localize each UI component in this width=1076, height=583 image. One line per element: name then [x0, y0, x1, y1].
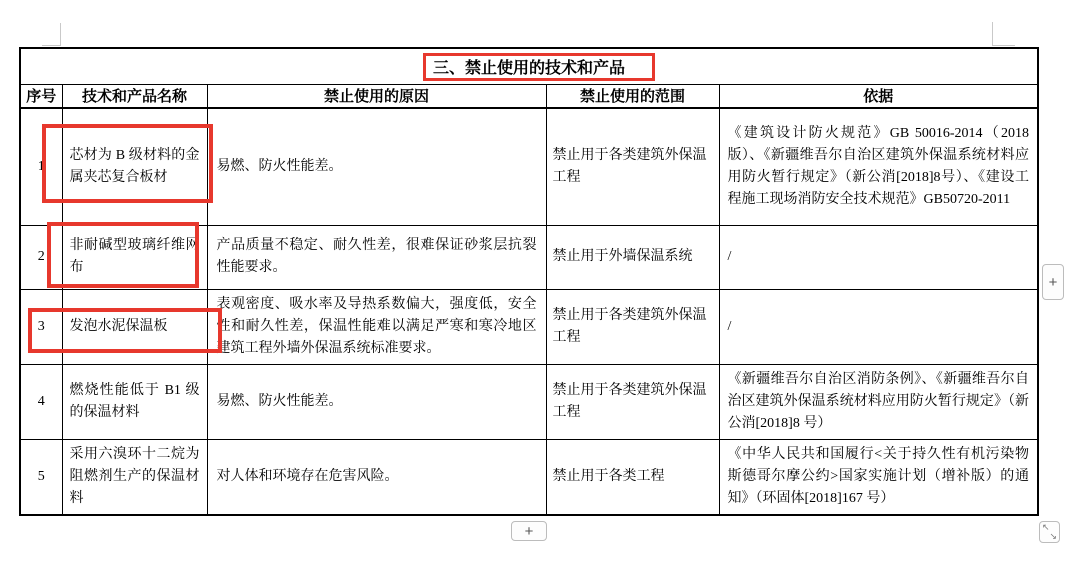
header-name: 技术和产品名称 — [62, 84, 207, 108]
cell-reason: 易燃、防火性能差。 — [207, 108, 546, 225]
add-row-button[interactable]: + — [511, 521, 547, 541]
header-no: 序号 — [20, 84, 62, 108]
cell-scope: 禁止用于各类建筑外保温工程 — [546, 289, 719, 364]
arrow-down-right-icon: ↘ — [1049, 532, 1057, 541]
arrow-up-left-icon: ↖ — [1042, 523, 1050, 532]
cell-basis: / — [719, 289, 1038, 364]
cell-basis: 《建筑设计防火规范》GB 50016-2014（2018版）、《新疆维吾尔自治区… — [719, 108, 1038, 225]
table-row: 4 燃烧性能低于 B1 级的保温材料 易燃、防火性能差。 禁止用于各类建筑外保温… — [20, 364, 1038, 439]
cell-reason: 表观密度、吸水率及导热系数偏大，强度低，安全性和耐久性差，保温性能难以满足严寒和… — [207, 289, 546, 364]
cell-name: 采用六溴环十二烷为阻燃剂生产的保温材料 — [62, 439, 207, 515]
annotation-box-title — [423, 53, 655, 81]
add-column-button[interactable]: + — [1042, 264, 1064, 300]
header-scope: 禁止使用的范围 — [546, 84, 719, 108]
cell-basis: 《新疆维吾尔自治区消防条例》、《新疆维吾尔自治区建筑外保温系统材料应用防火暂行规… — [719, 364, 1038, 439]
cell-basis: 《中华人民共和国履行<关于持久性有机污染物斯德哥尔摩公约>国家实施计划（增补版）… — [719, 439, 1038, 515]
table-row: 5 采用六溴环十二烷为阻燃剂生产的保温材料 对人体和环境存在危害风险。 禁止用于… — [20, 439, 1038, 515]
cell-basis: / — [719, 225, 1038, 289]
resize-handle-button[interactable]: ↖ ↘ — [1039, 521, 1060, 543]
cell-no: 4 — [20, 364, 62, 439]
header-reason: 禁止使用的原因 — [207, 84, 546, 108]
cell-name: 燃烧性能低于 B1 级的保温材料 — [62, 364, 207, 439]
annotation-box-row3-name — [28, 308, 222, 353]
document-page: { "doc": { "title": "三、禁止使用的技术和产品" }, "t… — [0, 0, 1076, 583]
plus-icon: + — [525, 524, 534, 539]
header-basis: 依据 — [719, 84, 1038, 108]
margin-corner-mark-top-left — [42, 23, 61, 46]
table-header-row: 序号 技术和产品名称 禁止使用的原因 禁止使用的范围 依据 — [20, 84, 1038, 108]
cell-scope: 禁止用于各类建筑外保温工程 — [546, 108, 719, 225]
cell-scope: 禁止用于外墙保温系统 — [546, 225, 719, 289]
annotation-box-row2-name — [47, 222, 199, 288]
cell-reason: 产品质量不稳定、耐久性差，很难保证砂浆层抗裂性能要求。 — [207, 225, 546, 289]
cell-reason: 易燃、防火性能差。 — [207, 364, 546, 439]
annotation-box-row1-name — [42, 124, 213, 203]
cell-scope: 禁止用于各类建筑外保温工程 — [546, 364, 719, 439]
cell-scope: 禁止用于各类工程 — [546, 439, 719, 515]
cell-reason: 对人体和环境存在危害风险。 — [207, 439, 546, 515]
cell-no: 5 — [20, 439, 62, 515]
margin-corner-mark-top-right — [992, 22, 1015, 46]
plus-icon: + — [1049, 275, 1058, 290]
